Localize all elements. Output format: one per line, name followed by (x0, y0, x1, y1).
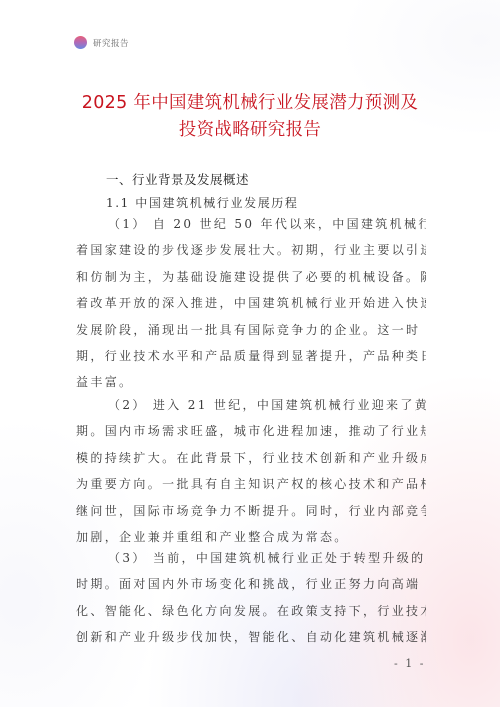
paragraph-line: 化、智能化、绿色化方向发展。在政策支持下，行业技术 (76, 598, 426, 624)
paragraph-line: 继问世，国际市场竞争力不断提升。同时，行业内部竞争 (76, 498, 426, 524)
paragraph-line: 模的持续扩大。在此背景下，行业技术创新和产业升级成 (76, 445, 426, 471)
paragraph-line: 着国家建设的步伐逐步发展壮大。初期，行业主要以引进 (76, 237, 426, 263)
section-subheading: 1.1 中国建筑机械行业发展历程 (106, 194, 299, 211)
paragraph-3: （3） 当前，中国建筑机械行业正处于转型升级的关键 时期。面对国内外市场变化和挑… (76, 545, 426, 651)
paragraph-line: 为重要方向。一批具有自主知识产权的核心技术和产品相 (76, 471, 426, 497)
header-label: 研究报告 (93, 37, 129, 49)
paragraph-line: 创新和产业升级步伐加快，智能化、自动化建筑机械逐渐 (76, 624, 426, 650)
paragraph-line: 着改革开放的深入推进，中国建筑机械行业开始进入快速 (76, 290, 426, 316)
title-line-2: 投资战略研究报告 (0, 117, 500, 144)
paragraph-1: （1） 自 20 世纪 50 年代以来，中国建筑机械行业伴随 着国家建设的步伐逐… (76, 211, 426, 396)
document-header: 研究报告 (74, 36, 129, 49)
paragraph-line: 发展阶段，涌现出一批具有国际竞争力的企业。这一时 (76, 317, 426, 343)
page-number: - 1 - (394, 657, 425, 670)
document-title: 2025 年中国建筑机械行业发展潜力预测及 投资战略研究报告 (0, 90, 500, 144)
title-line-1: 2025 年中国建筑机械行业发展潜力预测及 (0, 90, 500, 117)
paragraph-line: 时期。面对国内外市场变化和挑战，行业正努力向高端 (76, 571, 426, 597)
paragraph-line: （3） 当前，中国建筑机械行业正处于转型升级的关键 (76, 545, 426, 571)
section-heading: 一、行业背景及发展概述 (106, 170, 249, 188)
paragraph-2: （2） 进入 21 世纪，中国建筑机械行业迎来了黄金发展 期。国内市场需求旺盛，… (76, 392, 426, 550)
gradient-circle-logo-icon (74, 36, 87, 49)
paragraph-line: （2） 进入 21 世纪，中国建筑机械行业迎来了黄金发展 (76, 392, 426, 418)
paragraph-line: 期，行业技术水平和产品质量得到显著提升，产品种类日 (76, 343, 426, 369)
paragraph-line: （1） 自 20 世纪 50 年代以来，中国建筑机械行业伴随 (76, 211, 426, 237)
paragraph-line: 期。国内市场需求旺盛，城市化进程加速，推动了行业规 (76, 418, 426, 444)
paragraph-line: 和仿制为主，为基础设施建设提供了必要的机械设备。随 (76, 264, 426, 290)
